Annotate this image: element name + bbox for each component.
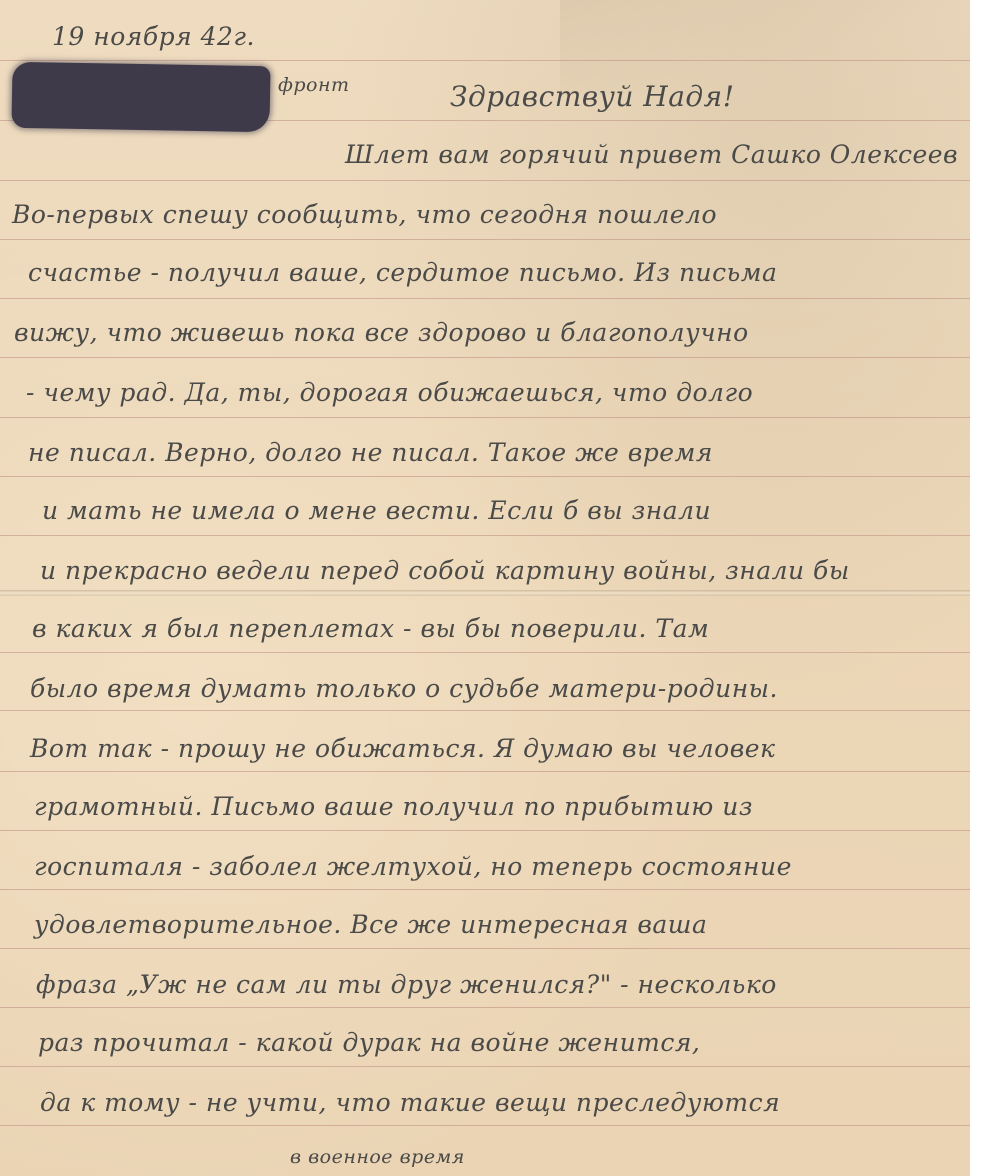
ruled-line bbox=[0, 180, 970, 181]
redacted-label: фронт bbox=[278, 74, 350, 96]
paper-fold bbox=[0, 590, 970, 596]
letter-line: было время думать только о судьбе матери… bbox=[30, 674, 778, 703]
letter-line: вижу, что живешь пока все здорово и благ… bbox=[14, 318, 749, 347]
ruled-line bbox=[0, 357, 970, 358]
ruled-line bbox=[0, 60, 970, 61]
greeting: Здравствуй Надя! bbox=[450, 80, 734, 113]
ruled-line bbox=[0, 652, 970, 653]
letter-date: 19 ноября 42г. bbox=[52, 22, 255, 51]
ruled-line bbox=[0, 1066, 970, 1067]
letter-line: госпиталя - заболел желтухой, но теперь … bbox=[34, 852, 792, 881]
letter-line: в военное время bbox=[290, 1146, 465, 1168]
ruled-line bbox=[0, 239, 970, 240]
letter-line: счастье - получил ваше, сердитое письмо.… bbox=[28, 258, 777, 287]
ruled-line bbox=[0, 830, 970, 831]
ruled-line bbox=[0, 771, 970, 772]
letter-line: грамотный. Письмо ваше получил по прибыт… bbox=[34, 792, 753, 821]
letter-line: да к тому - не учти, что такие вещи прес… bbox=[40, 1088, 780, 1117]
letter-line: фраза „Уж не сам ли ты друг женился?" - … bbox=[36, 970, 777, 999]
ruled-line bbox=[0, 948, 970, 949]
letter-line: и прекрасно ведели перед собой картину в… bbox=[40, 556, 850, 585]
ruled-line bbox=[0, 417, 970, 418]
ruled-line bbox=[0, 889, 970, 890]
letter-line: в каких я был переплетах - вы бы поверил… bbox=[32, 614, 709, 643]
ruled-line bbox=[0, 1125, 970, 1126]
letter-line: удовлетворительное. Все же интересная ва… bbox=[34, 910, 707, 939]
redaction-mark bbox=[11, 62, 270, 132]
letter-paper: 19 ноября 42г. фронт Здравствуй Надя! Шл… bbox=[0, 0, 970, 1176]
ruled-line bbox=[0, 476, 970, 477]
letter-line: Шлет вам горячий привет Сашко Олексеев bbox=[345, 140, 958, 169]
letter-line: Вот так - прошу не обижаться. Я думаю вы… bbox=[30, 734, 775, 763]
ruled-line bbox=[0, 710, 970, 711]
letter-line: Во-первых спешу сообщить, что сегодня по… bbox=[12, 200, 717, 229]
ruled-line bbox=[0, 298, 970, 299]
letter-line: и мать не имела о мене вести. Если б вы … bbox=[42, 496, 711, 525]
letter-line: не писал. Верно, долго не писал. Такое ж… bbox=[28, 438, 713, 467]
ruled-line bbox=[0, 535, 970, 536]
ruled-line bbox=[0, 1007, 970, 1008]
letter-line: - чему рад. Да, ты, дорогая обижаешься, … bbox=[26, 378, 753, 407]
letter-line: раз прочитал - какой дурак на войне жени… bbox=[38, 1028, 700, 1057]
